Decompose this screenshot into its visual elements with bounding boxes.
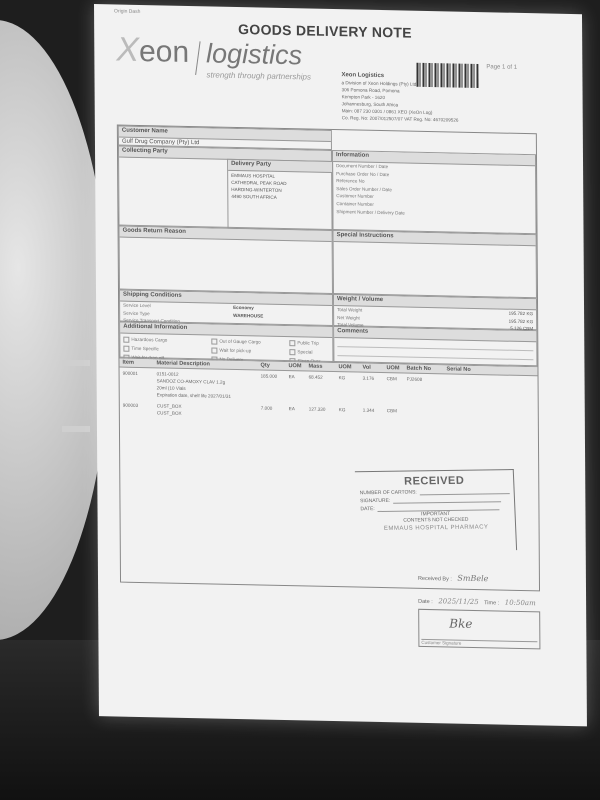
goods-delivery-note: Origin Dash GOODS DELIVERY NOTE Xeonlogi… [94, 4, 587, 726]
stamp-cartons-label: NUMBER OF CARTONS: [360, 489, 417, 496]
received-by: Received By : SmBele [418, 573, 489, 583]
comments-section: Comments [333, 326, 537, 366]
item-mass: 127.330 [309, 406, 339, 421]
item-number: 900001 [123, 370, 157, 399]
description-line: CUST_BOX [157, 409, 261, 418]
delivery-party: Delivery Party EMMAUS HOSPITAL CATHEDRAL… [227, 159, 333, 231]
signature-caption: Customer Signature [421, 639, 537, 647]
checkbox-public-trip[interactable] [289, 340, 295, 346]
item-vol: 3.176 [363, 375, 387, 404]
item-number: 900003 [123, 402, 157, 417]
logo-eon: eon [139, 35, 189, 69]
stamp-date-label: DATE: [360, 506, 375, 512]
checkbox-time-specific[interactable] [123, 346, 129, 352]
logo-x: X [116, 30, 139, 68]
company-line: Co. Reg. No: 2007/012507/07 VAT Reg. No:… [342, 114, 459, 123]
item-vol-uom: CBM [387, 375, 407, 403]
delivery-party-address: EMMAUS HOSPITAL CATHEDRAL PEAK ROAD HARD… [228, 171, 332, 203]
shipping-section: Shipping Conditions Service LevelEconomy… [119, 290, 333, 326]
item-batch: PJ2608 [407, 376, 447, 405]
item-qty: 185.000 [261, 372, 289, 401]
information-section: Information Document Number / Date Purch… [332, 150, 537, 234]
goods-return-label: Goods Return Reason [120, 227, 332, 242]
stamp-hospital: EMMAUS HOSPITAL PHARMACY [357, 524, 515, 532]
item-description: 0151-0012 SANDOZ CO-AMOXY CLAV 1.2g 20ml… [157, 370, 261, 400]
logo-logistics: logistics [206, 38, 302, 70]
item-vol-uom: CBM [387, 407, 407, 421]
shipping-row-value: WAREHOUSE [233, 312, 263, 320]
company-name: Xeon Logistics [341, 72, 384, 79]
delivery-form: Customer Name Gulf Drug Company (Pty) Lt… [117, 124, 540, 591]
received-by-label: Received By : [418, 576, 452, 583]
background-object [0, 20, 110, 640]
goods-return-section: Goods Return Reason [119, 226, 333, 294]
background-strap [62, 360, 90, 432]
item-batch [407, 408, 447, 423]
stamp-signature: SIGNATURE: [356, 496, 514, 504]
item-serial [447, 376, 507, 405]
parties-section: Collecting Party Delivery Party EMMAUS H… [118, 146, 333, 230]
col-vol: Vol [362, 365, 386, 372]
col-vol-uom: UOM [386, 365, 406, 371]
option-label: Out of Gauge Cargo [219, 339, 289, 346]
customer-signature: Bke [449, 616, 472, 630]
logo-divider [195, 41, 200, 75]
customer-signature-box: Bke Customer Signature [418, 609, 540, 650]
received-stamp: RECEIVED NUMBER OF CARTONS: SIGNATURE: D… [355, 469, 517, 552]
option-label: Hazardous Cargo [131, 337, 211, 345]
option-label: Wait for pick-up [219, 348, 289, 355]
address-line: 4490 SOUTH AFRICA [231, 193, 329, 202]
col-mass: Mass [308, 364, 338, 371]
special-instructions-label: Special Instructions [334, 231, 536, 246]
stamp-not-checked: CONTENTS NOT CHECKED [357, 516, 515, 524]
col-batch: Batch No [406, 366, 446, 373]
info-label: Shipment Number / Delivery Date [336, 208, 404, 217]
col-serial: Serial No [446, 366, 506, 373]
receipt-date-time: Date : 2025/11/25 Time : 10:50am [418, 597, 540, 608]
date-label: Date : [418, 599, 433, 605]
stamp-line [420, 493, 510, 495]
col-mass-uom: UOM [338, 364, 362, 371]
item-mass-uom: KG [339, 406, 363, 421]
item-qty: 7.000 [261, 405, 289, 420]
item-vol: 1.344 [363, 407, 387, 422]
checkbox-wait-pickup[interactable] [211, 347, 217, 353]
special-instructions-section: Special Instructions [333, 230, 537, 298]
stamp-title: RECEIVED [355, 474, 513, 488]
checkbox-out-of-gauge[interactable] [211, 338, 217, 344]
brand-small: Origin Dash [114, 8, 140, 15]
time-value: 10:50am [505, 599, 536, 608]
col-uom: UOM [288, 363, 308, 369]
item-description: CUST_BOX CUST_BOX [157, 402, 261, 418]
time-label: Time : [484, 600, 499, 606]
checkbox-hazardous-cargo[interactable] [123, 337, 129, 343]
item-uom: EA [289, 405, 309, 419]
col-item: Item [122, 360, 156, 367]
weight-volume-section: Weight / Volume Total Weight195.782 KG N… [333, 294, 537, 330]
barcode [416, 63, 478, 88]
checkbox-special[interactable] [289, 349, 295, 355]
col-description: Material Description [156, 360, 260, 368]
date-value: 2025/11/25 [438, 597, 478, 606]
item-mass: 68.452 [309, 374, 339, 403]
page-number: Page 1 of 1 [486, 64, 517, 71]
stamp-signature-label: SIGNATURE: [360, 498, 390, 504]
additional-info-section: Additional Information Hazardous Cargo O… [119, 322, 333, 362]
stamp-line [393, 501, 501, 504]
item-uom: EA [289, 373, 309, 401]
item-serial [447, 408, 507, 423]
tagline: strength through partnerships [206, 70, 311, 81]
received-by-signature: SmBele [457, 574, 488, 584]
stamp-cartons: NUMBER OF CARTONS: [356, 488, 514, 496]
option-label: Time Specific [131, 346, 211, 354]
description-line: Expiration date, shelf life 2027/01/31 [157, 391, 261, 400]
col-qty: Qty [260, 362, 288, 369]
item-mass-uom: KG [339, 374, 363, 403]
